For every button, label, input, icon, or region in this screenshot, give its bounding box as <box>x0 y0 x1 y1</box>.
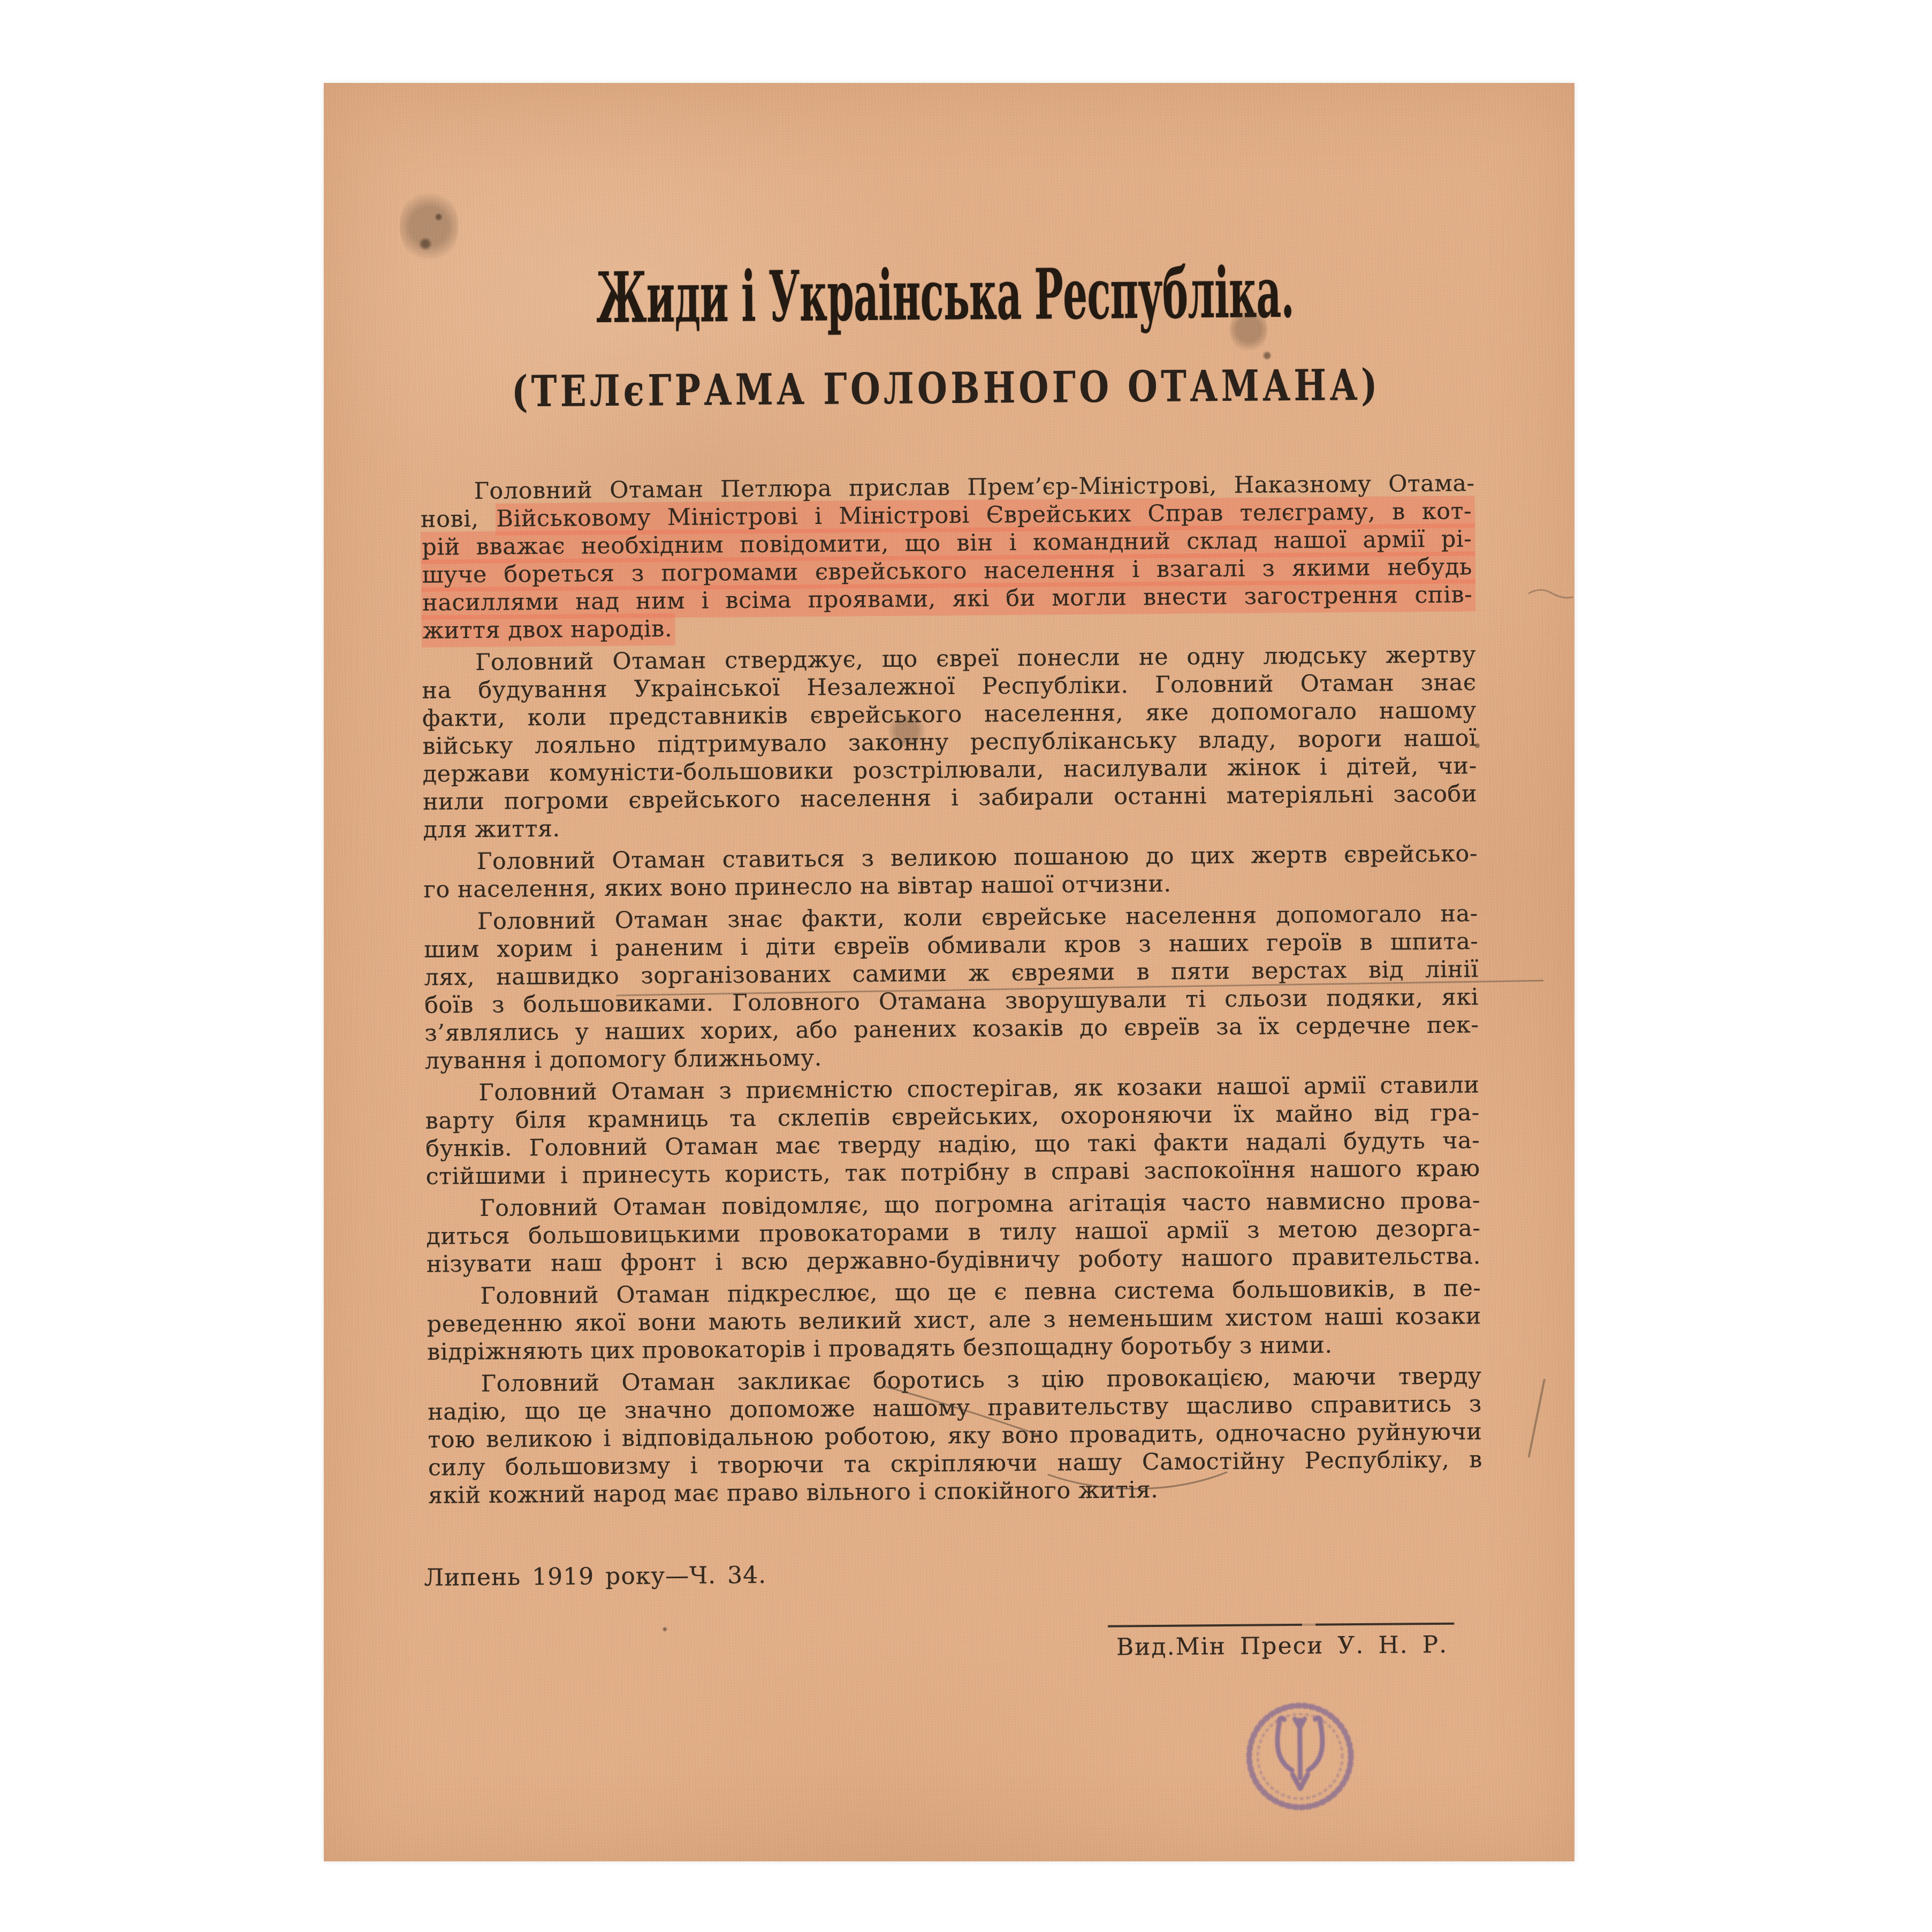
paragraph: Головний Отаман ставиться з великою поша… <box>423 840 1478 903</box>
plain-text: якій кожний народ має право вільного і с… <box>428 1477 1159 1509</box>
printed-content: Жиди і Украінська Республіка. (ТЕЛєГРАМА… <box>318 78 1583 1866</box>
publisher-line: Вид.Мін Преси У. Н. Р. <box>1108 1631 1456 1661</box>
leaflet-paper: Жиди і Украінська Республіка. (ТЕЛєГРАМА… <box>324 83 1574 1861</box>
paragraph: Головний Отаман закликає боротись з цію … <box>427 1362 1482 1509</box>
stain <box>885 714 928 747</box>
ink-speck <box>434 212 443 221</box>
crease-mark <box>1529 590 1573 598</box>
publisher-rule <box>1108 1623 1454 1627</box>
ink-speck <box>1262 351 1272 360</box>
scan-background: Жиди і Украінська Республіка. (ТЕЛєГРАМА… <box>0 0 1932 1932</box>
body-text: Головний Отаман Петлюра прислав Прем’єр-… <box>420 469 1482 1513</box>
paragraph: Головний Отаман підкреслює, що це є певн… <box>427 1274 1481 1366</box>
page-subtitle: (ТЕЛєГРАМА ГОЛОВНОГО ОТАМАНА) <box>511 358 1380 419</box>
date-line: Липень 1919 року—Ч. 34. <box>424 1562 766 1592</box>
plain-text: нові, <box>421 506 496 533</box>
paragraph: Головний Отаман стверджує, що євреї поне… <box>422 641 1478 843</box>
paragraph: Головний Отаман з приємністю спостерігав… <box>425 1071 1480 1190</box>
subtitle-row: (ТЕЛєГРАМА ГОЛОВНОГО ОТАМАНА) <box>321 356 1572 420</box>
ink-speck <box>662 1626 667 1632</box>
body-line: насиллями над ним і всіма проявами, які … <box>421 581 1475 617</box>
ink-smudge <box>1230 305 1268 354</box>
paragraph: Головний Отаман знає факти, коли єврейсь… <box>424 900 1479 1075</box>
plain-text: для життя. <box>423 816 560 843</box>
plain-text: лування і допомогу ближньому. <box>425 1045 822 1075</box>
trident-stamp-icon <box>1241 1697 1359 1816</box>
pen-slash <box>1528 1380 1545 1456</box>
paragraph: Головний Отаман повідомляє, що погромна … <box>426 1186 1481 1278</box>
highlighted-text: життя двох народів. <box>421 613 675 648</box>
ink-speck <box>1474 742 1480 749</box>
ink-speck <box>419 237 432 251</box>
paragraph: Головний Отаман Петлюра прислав Прем’єр-… <box>420 469 1475 644</box>
ink-smudge <box>399 188 459 264</box>
publisher-block: Вид.Мін Преси У. Н. Р. <box>1108 1623 1456 1661</box>
page-title: Жиди і Украінська Республіка. <box>596 248 1295 343</box>
title-row: Жиди і Украінська Республіка. <box>320 250 1571 340</box>
plain-text: го населення, яких воно принесло на вівт… <box>423 871 1172 903</box>
plain-text: відріжняють цих провокаторів і провадять… <box>427 1332 1333 1365</box>
